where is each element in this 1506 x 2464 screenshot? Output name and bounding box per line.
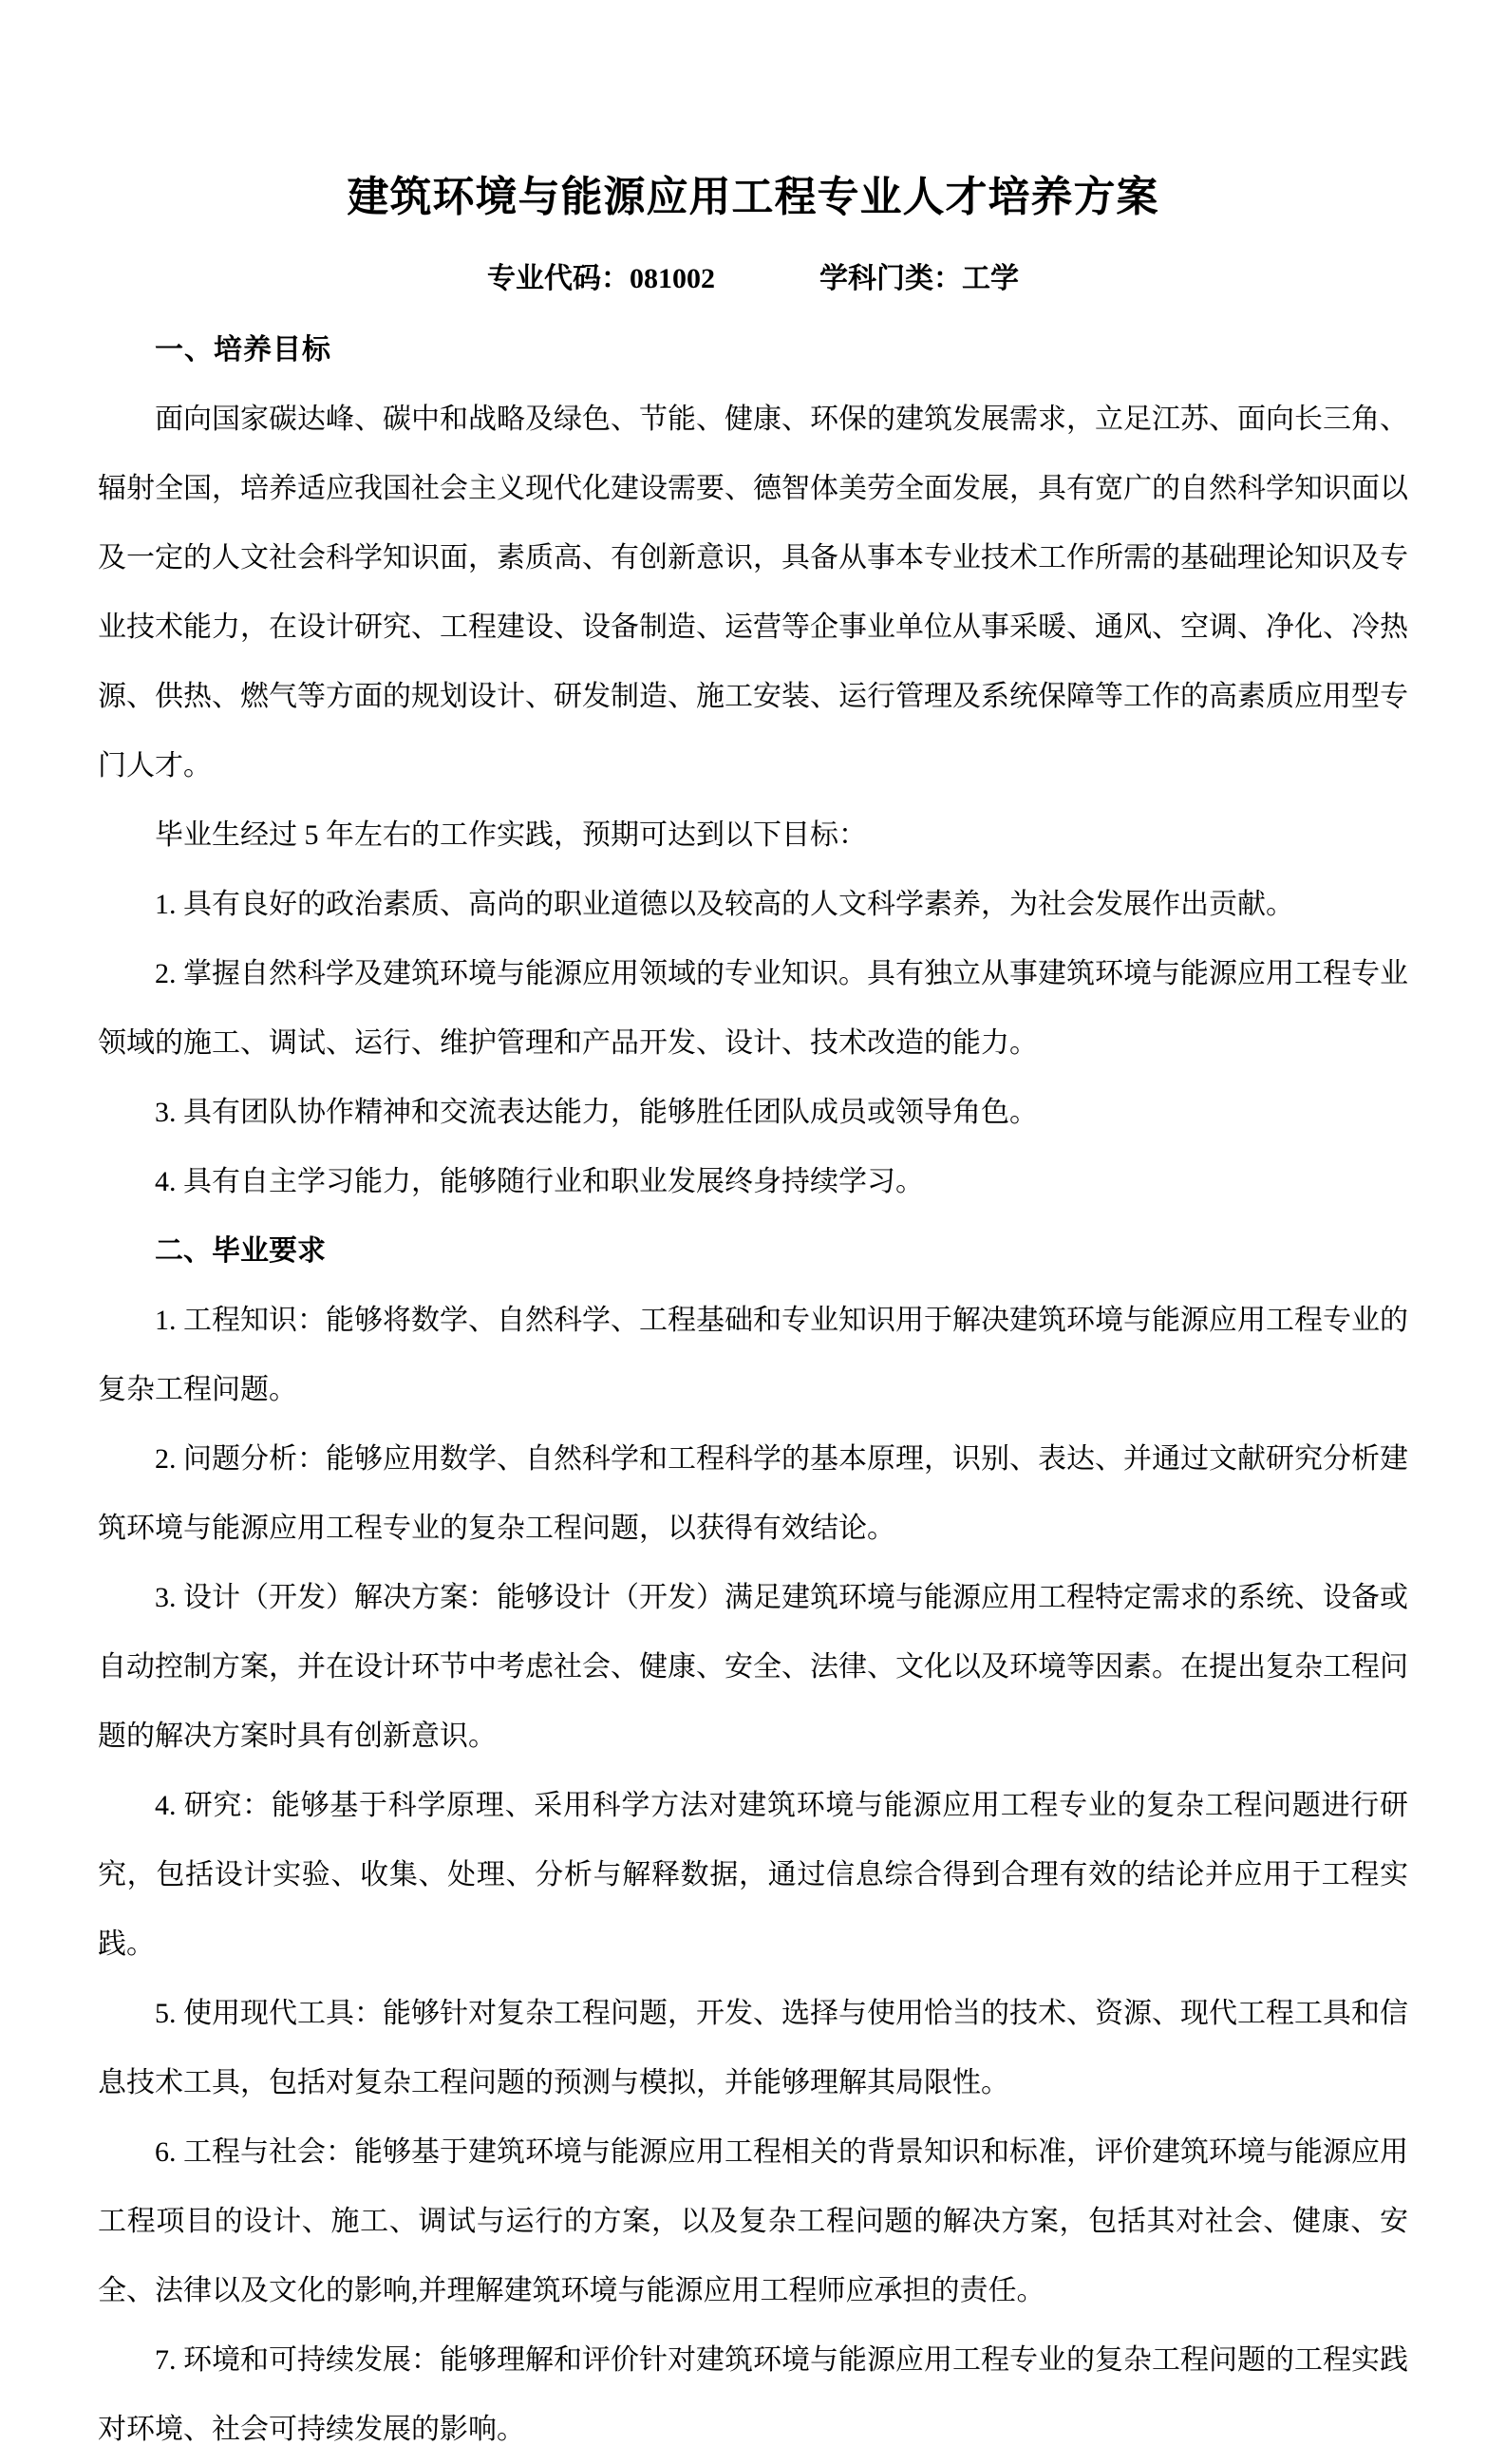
paragraph-graduate-expectation: 毕业生经过 5 年左右的工作实践，预期可达到以下目标： [98,800,1408,870]
objective-item-2: 2. 掌握自然科学及建筑环境与能源应用领域的专业知识。具有独立从事建筑环境与能源… [98,939,1408,1078]
requirement-item-6: 6. 工程与社会：能够基于建筑环境与能源应用工程相关的背景知识和标准，评价建筑环… [98,2117,1408,2325]
requirement-item-2: 2. 问题分析：能够应用数学、自然科学和工程科学的基本原理，识别、表达、并通过文… [98,1424,1408,1563]
objective-item-4: 4. 具有自主学习能力，能够随行业和职业发展终身持续学习。 [98,1147,1408,1216]
document-page: 建筑环境与能源应用工程专业人才培养方案 专业代码：081002学科门类：工学 一… [0,0,1506,2132]
objective-item-3: 3. 具有团队协作精神和交流表达能力，能够胜任团队成员或领导角色。 [98,1078,1408,1147]
requirement-item-5: 5. 使用现代工具：能够针对复杂工程问题，开发、选择与使用恰当的技术、资源、现代… [98,1979,1408,2117]
paragraph-training-overview: 面向国家碳达峰、碳中和战略及绿色、节能、健康、环保的建筑发展需求，立足江苏、面向… [98,385,1408,800]
requirement-item-4: 4. 研究：能够基于科学原理、采用科学方法对建筑环境与能源应用工程专业的复杂工程… [98,1771,1408,1979]
objective-item-1: 1. 具有良好的政治素质、高尚的职业道德以及较高的人文科学素养，为社会发展作出贡… [98,870,1408,939]
section-heading-graduation-requirements: 二、毕业要求 [98,1216,1408,1286]
requirement-item-7: 7. 环境和可持续发展：能够理解和评价针对建筑环境与能源应用工程专业的复杂工程问… [98,2325,1408,2464]
document-meta-line: 专业代码：081002学科门类：工学 [98,260,1408,298]
section-heading-training-objectives: 一、培养目标 [98,315,1408,385]
major-code-label: 专业代码：081002 [487,263,715,294]
document-body: 一、培养目标 面向国家碳达峰、碳中和战略及绿色、节能、健康、环保的建筑发展需求，… [98,315,1408,2464]
requirement-item-3: 3. 设计（开发）解决方案：能够设计（开发）满足建筑环境与能源应用工程特定需求的… [98,1563,1408,1771]
requirement-item-1: 1. 工程知识：能够将数学、自然科学、工程基础和专业知识用于解决建筑环境与能源应… [98,1286,1408,1424]
discipline-label: 学科门类：工学 [819,263,1019,294]
page-title: 建筑环境与能源应用工程专业人才培养方案 [98,169,1408,226]
